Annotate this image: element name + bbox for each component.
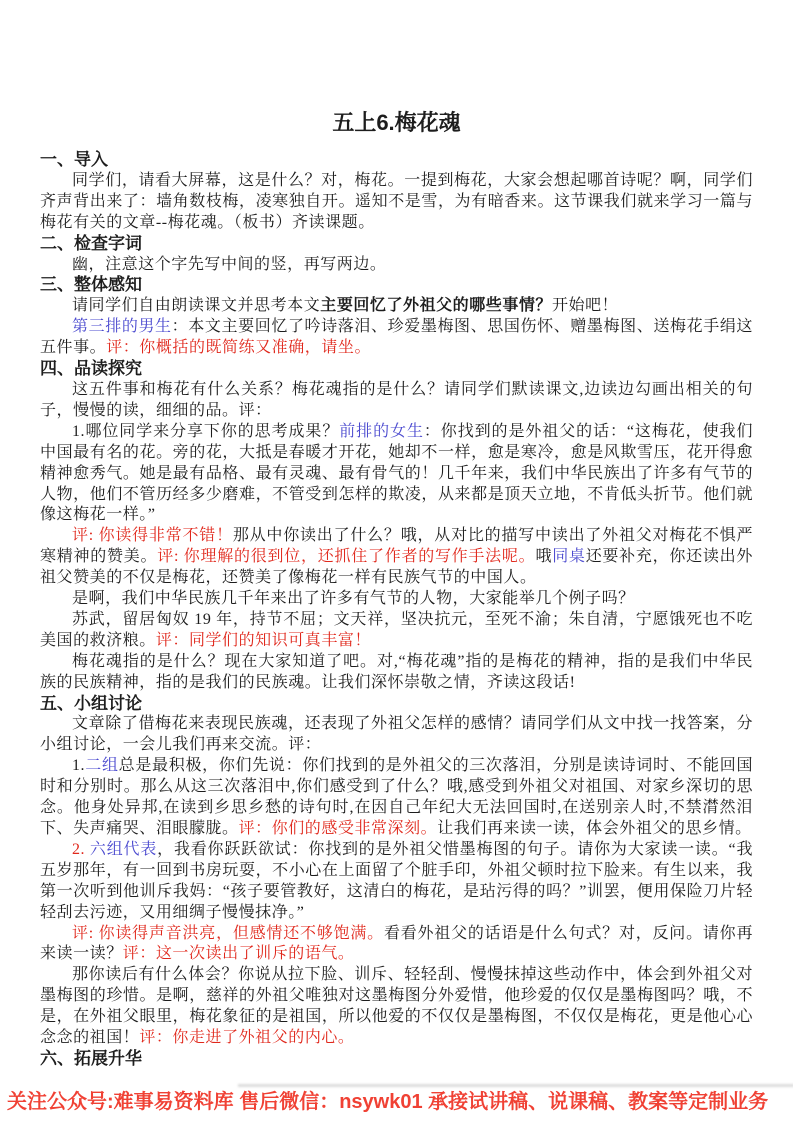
section-heading: 五、小组讨论 [40,694,753,715]
text-run: 六组代表 [90,841,157,858]
text-run: 四、品读探究 [40,359,142,378]
text-run: 同学们，请看大屏幕，这是什么？对，梅花。一提到梅花，大家会想起哪首诗呢？啊，同学… [40,172,753,231]
text-run: 二、检查字词 [40,234,142,253]
text-run: 评: 你读得声音洪亮，但感情还不够饱满。 [72,925,384,942]
paragraph: 2. 六组代表，我看你跃跃欲试：你找到的是外祖父惜墨梅图的句子。请你为大家读一读… [40,840,753,924]
text-run: 哦 [535,548,552,565]
section-heading: 四、品读探究 [40,359,753,380]
paragraph: 评: 你读得非常不错！那从中你读出了什么？哦，从对比的描写中读出了外祖父对梅花不… [40,526,753,589]
text-run: 五、小组讨论 [40,694,142,713]
text-run: 开始吧！ [552,297,618,314]
text-run: 一、导入 [40,150,108,169]
paragraph: 评: 你读得声音洪亮，但感情还不够饱满。看看外祖父的话语是什么句式？对，反问。请… [40,924,753,966]
text-run: 第三排的男生 [72,318,172,335]
text-run: 苏武，留居匈奴 19 年，持节不屈；文天祥，坚决抗元，至死不渝；朱自清，宁愿饿死… [40,611,753,649]
text-run: 请同学们自由朗读课文并思考本文 [72,297,320,314]
document-content: 一、导入同学们，请看大屏幕，这是什么？对，梅花。一提到梅花，大家会想起哪首诗呢？… [40,150,753,1070]
text-run: 2. [72,841,90,858]
document-title: 五上6.梅花魂 [40,108,753,138]
text-run: 三、整体感知 [40,275,142,294]
text-run: 评: 你读得非常不错！ [72,527,233,544]
footer-banner: 关注公众号:难事易资料库 售后微信：nsywk01 承接试讲稿、说课稿、教案等定… [7,1090,793,1114]
text-run: 评: 你理解的很到位，还抓住了作者的写作手法呢。 [157,548,535,565]
paragraph: 请同学们自由朗读课文并思考本文主要回忆了外祖父的哪些事情？开始吧！ [40,296,753,317]
text-run: 让我们再来读一读，体会外祖父的思乡情。 [437,820,751,837]
paragraph: 1.二组总是最积极，你们先说：你们找到的是外祖父的三次落泪，分别是读诗词时、不能… [40,756,753,840]
paragraph: 梅花魂指的是什么？现在大家知道了吧。对,“梅花魂”指的是梅花的精神，指的是我们中… [40,652,753,694]
document-body: 五上6.梅花魂 一、导入同学们，请看大屏幕，这是什么？对，梅花。一提到梅花，大家… [40,108,753,1070]
paragraph: 这五件事和梅花有什么关系？梅花魂指的是什么？请同学们默读课文,边读边勾画出相关的… [40,380,753,422]
paragraph: 文章除了借梅花来表现民族魂，还表现了外祖父怎样的感情？请同学们从文中找一找答案，… [40,714,753,756]
text-run: 1.哪位同学来分享下你的思考成果？ [72,423,339,440]
text-run: 六、拓展升华 [40,1049,142,1068]
text-run: 评：你概括的既简练又准确，请坐。 [106,339,371,356]
text-run: 主要回忆了外祖父的哪些事情？ [320,297,552,314]
text-run: 同桌 [552,548,586,565]
text-run: 评：你们的感受非常深刻。 [239,820,438,837]
paragraph: 是啊，我们中华民族几千年来出了许多有气节的人物，大家能举几个例子吗？ [40,589,753,610]
text-run: 评：同学们的知识可真丰富！ [156,632,371,649]
text-run: 这五件事和梅花有什么关系？梅花魂指的是什么？请同学们默读课文,边读边勾画出相关的… [40,381,753,419]
text-run: 是啊，我们中华民族几千年来出了许多有气节的人物，大家能举几个例子吗？ [72,590,635,607]
text-run: 文章除了借梅花来表现民族魂，还表现了外祖父怎样的感情？请同学们从文中找一找答案，… [40,715,753,753]
paragraph: 第三排的男生：本文主要回忆了吟诗落泪、珍爱墨梅图、思国伤怀、赠墨梅图、送梅花手绢… [40,317,753,359]
text-run: 幽，注意这个字先写中间的竖，再写两边。 [72,256,386,273]
paragraph: 幽，注意这个字先写中间的竖，再写两边。 [40,255,753,276]
text-run: 1. [72,757,85,774]
text-run: 二组 [85,757,119,774]
section-heading: 一、导入 [40,150,753,171]
section-heading: 三、整体感知 [40,275,753,296]
paragraph: 那你读后有什么体会？你说从拉下脸、训斥、轻轻刮、慢慢抹掉这些动作中，体会到外祖父… [40,965,753,1049]
section-heading: 二、检查字词 [40,234,753,255]
scan-artifact-line [238,1084,793,1087]
section-heading: 六、拓展升华 [40,1049,753,1070]
paragraph: 1.哪位同学来分享下你的思考成果？前排的女生：你找到的是外祖父的话：“这梅花，使… [40,422,753,527]
text-run: 前排的女生 [339,423,424,440]
paragraph: 同学们，请看大屏幕，这是什么？对，梅花。一提到梅花，大家会想起哪首诗呢？啊，同学… [40,171,753,234]
document-page: 五上6.梅花魂 一、导入同学们，请看大屏幕，这是什么？对，梅花。一提到梅花，大家… [0,0,793,1122]
text-run: 评：你走进了外祖父的内心。 [139,1029,354,1046]
paragraph: 苏武，留居匈奴 19 年，持节不屈；文天祥，坚决抗元，至死不渝；朱自清，宁愿饿死… [40,610,753,652]
text-run: 梅花魂指的是什么？现在大家知道了吧。对,“梅花魂”指的是梅花的精神，指的是我们中… [40,653,753,691]
text-run: 评：这一次读出了训斥的语气。 [123,945,355,962]
